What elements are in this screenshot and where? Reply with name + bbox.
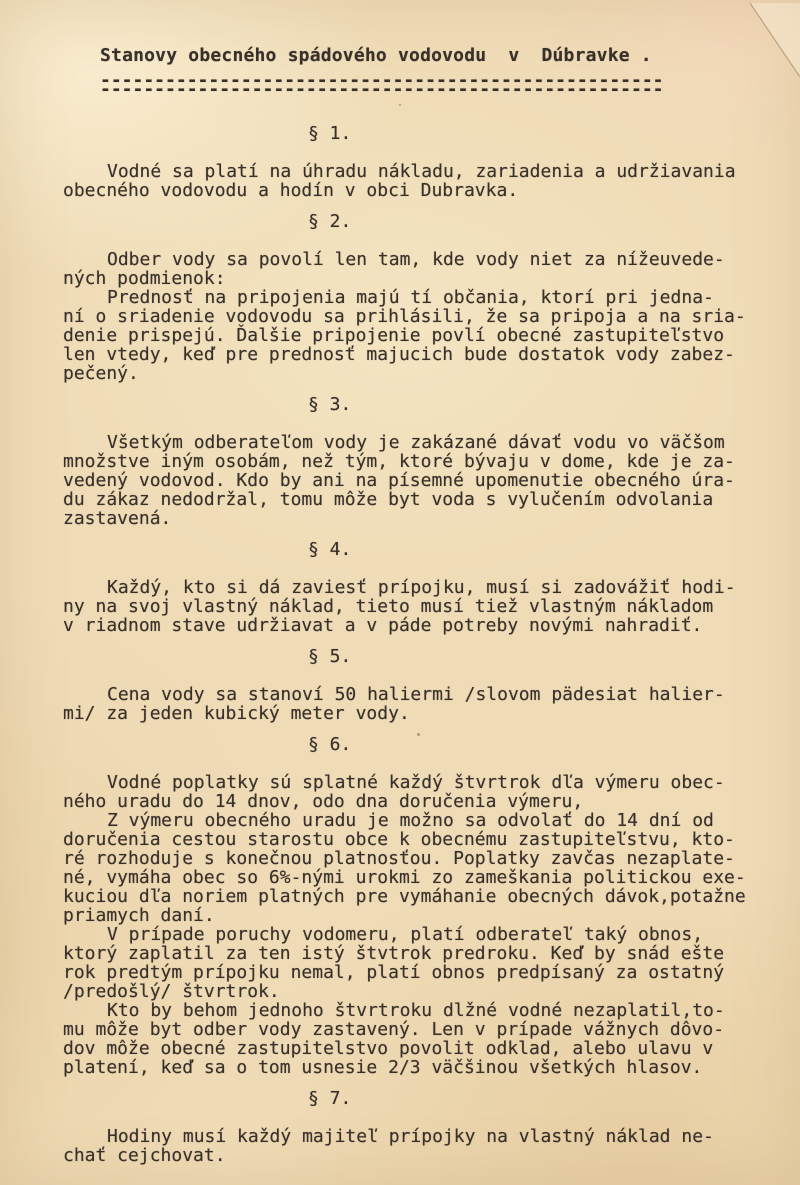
section-5: § 5. Cena vody sa stanoví 50 haliermi /s…: [63, 647, 783, 723]
section-4: § 4. Každý, kto si dá zaviesť prípojku, …: [63, 540, 783, 635]
section-heading: § 1.: [63, 124, 783, 143]
paragraph: Z výmeru obecného uradu je možno sa odvo…: [63, 811, 783, 925]
section-heading: § 2.: [63, 212, 783, 231]
paragraph: Každý, kto si dá zaviesť prípojku, musí …: [63, 578, 783, 635]
document-content: Stanovy obecného spádového vodovodu v Dú…: [63, 0, 783, 1165]
section-7: § 7. Hodiny musí každý majiteľ prípojky …: [63, 1089, 783, 1165]
paragraph: V prípade poruchy vodomeru, platí odbera…: [63, 925, 783, 1001]
paragraph: Všetkým odberateľom vody je zakázané dáv…: [63, 433, 783, 528]
section-1: § 1. Vodné sa platí na úhradu nákladu, z…: [63, 124, 783, 200]
section-6: § 6. Vodné poplatky sú splatné každý štv…: [63, 735, 783, 1077]
document-title: Stanovy obecného spádového vodovodu v Dú…: [100, 46, 783, 65]
section-heading: § 5.: [63, 647, 783, 666]
scanned-document-page: Stanovy obecného spádového vodovodu v Dú…: [0, 0, 800, 1185]
section-heading: § 7.: [63, 1089, 783, 1108]
paragraph: Hodiny musí každý majiteľ prípojky na vl…: [63, 1127, 783, 1165]
section-heading: § 3.: [63, 395, 783, 414]
paragraph: Kto by behom jednoho štvrtroku dlžné vod…: [63, 1001, 783, 1077]
paragraph: Prednosť na pripojenia majú tí občania, …: [63, 288, 783, 383]
paragraph: Vodné sa platí na úhradu nákladu, zariad…: [63, 162, 783, 200]
section-heading: § 4.: [63, 540, 783, 559]
title-underline-row: ----------------------------------------…: [100, 85, 783, 94]
paragraph: Cena vody sa stanoví 50 haliermi /slovom…: [63, 685, 783, 723]
paragraph: Vodné poplatky sú splatné každý štvrtrok…: [63, 773, 783, 811]
section-2: § 2. Odber vody sa povolí len tam, kde v…: [63, 212, 783, 383]
paragraph: Odber vody sa povolí len tam, kde vody n…: [63, 250, 783, 288]
title-underline: ----------------------------------------…: [100, 76, 783, 94]
section-3: § 3. Všetkým odberateľom vody je zakázan…: [63, 395, 783, 528]
section-heading: § 6.: [63, 735, 783, 754]
